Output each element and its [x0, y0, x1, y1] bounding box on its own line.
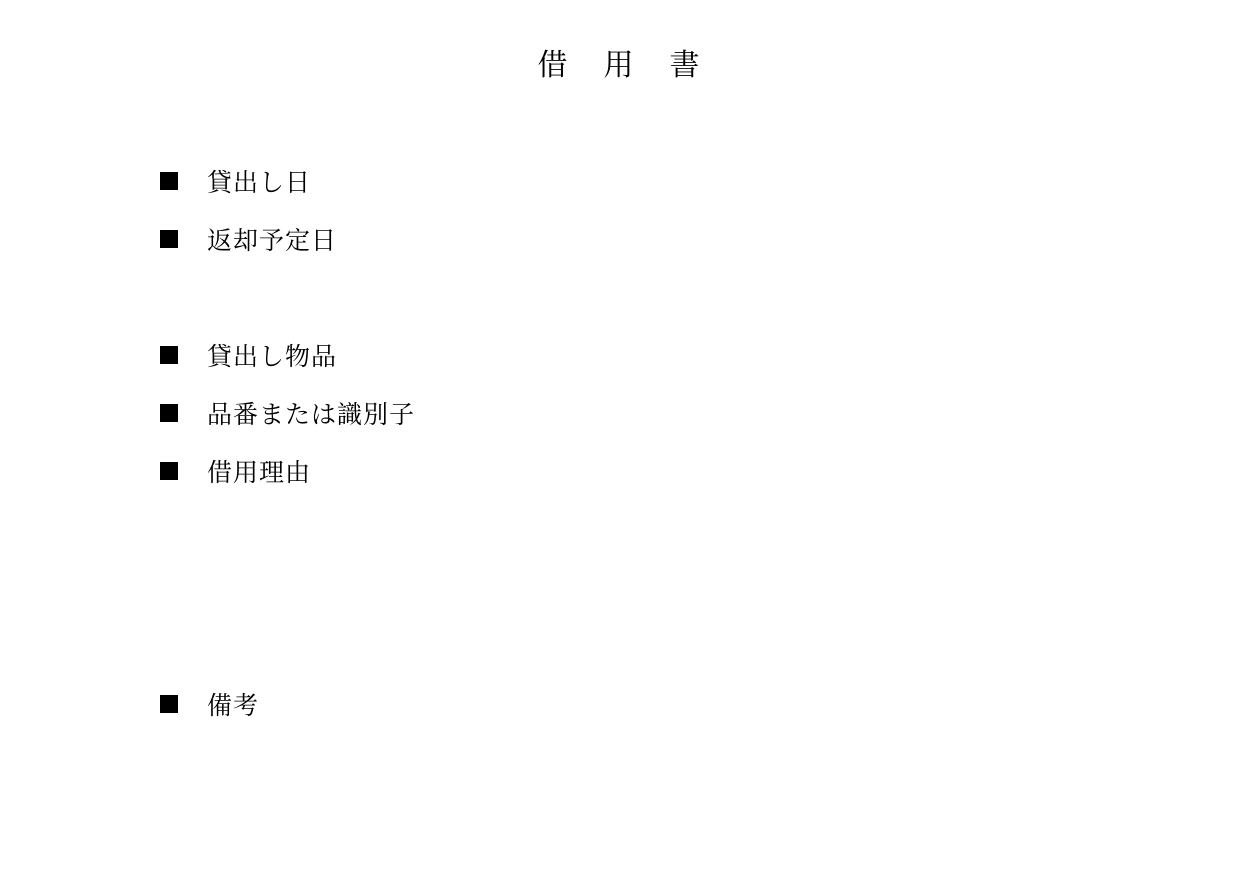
black-square-bullet-icon [160, 404, 178, 422]
item-label-borrow-reason: 借用理由 [207, 453, 311, 489]
item-label-lent-goods: 貸出し物品 [207, 337, 337, 373]
list-item-lent-goods: 貸出し物品 [160, 326, 337, 384]
black-square-bullet-icon [160, 346, 178, 364]
item-label-lend-date: 貸出し日 [207, 163, 311, 199]
list-item-lend-date: 貸出し日 [160, 152, 311, 210]
black-square-bullet-icon [160, 172, 178, 190]
list-item-product-number-or-identifier: 品番または識別子 [160, 384, 415, 442]
item-label-remarks: 備考 [207, 686, 259, 722]
document-title: 借 用 書 [0, 40, 1240, 84]
black-square-bullet-icon [160, 695, 178, 713]
list-item-return-due-date: 返却予定日 [160, 210, 337, 268]
black-square-bullet-icon [160, 462, 178, 480]
list-item-remarks: 備考 [160, 675, 259, 733]
black-square-bullet-icon [160, 230, 178, 248]
item-label-product-number-or-identifier: 品番または識別子 [207, 395, 415, 431]
item-label-return-due-date: 返却予定日 [207, 221, 337, 257]
list-item-borrow-reason: 借用理由 [160, 442, 311, 500]
document-page: 借 用 書 貸出し日 返却予定日 貸出し物品 品番または識別子 借用理由 備考 [0, 0, 1240, 876]
